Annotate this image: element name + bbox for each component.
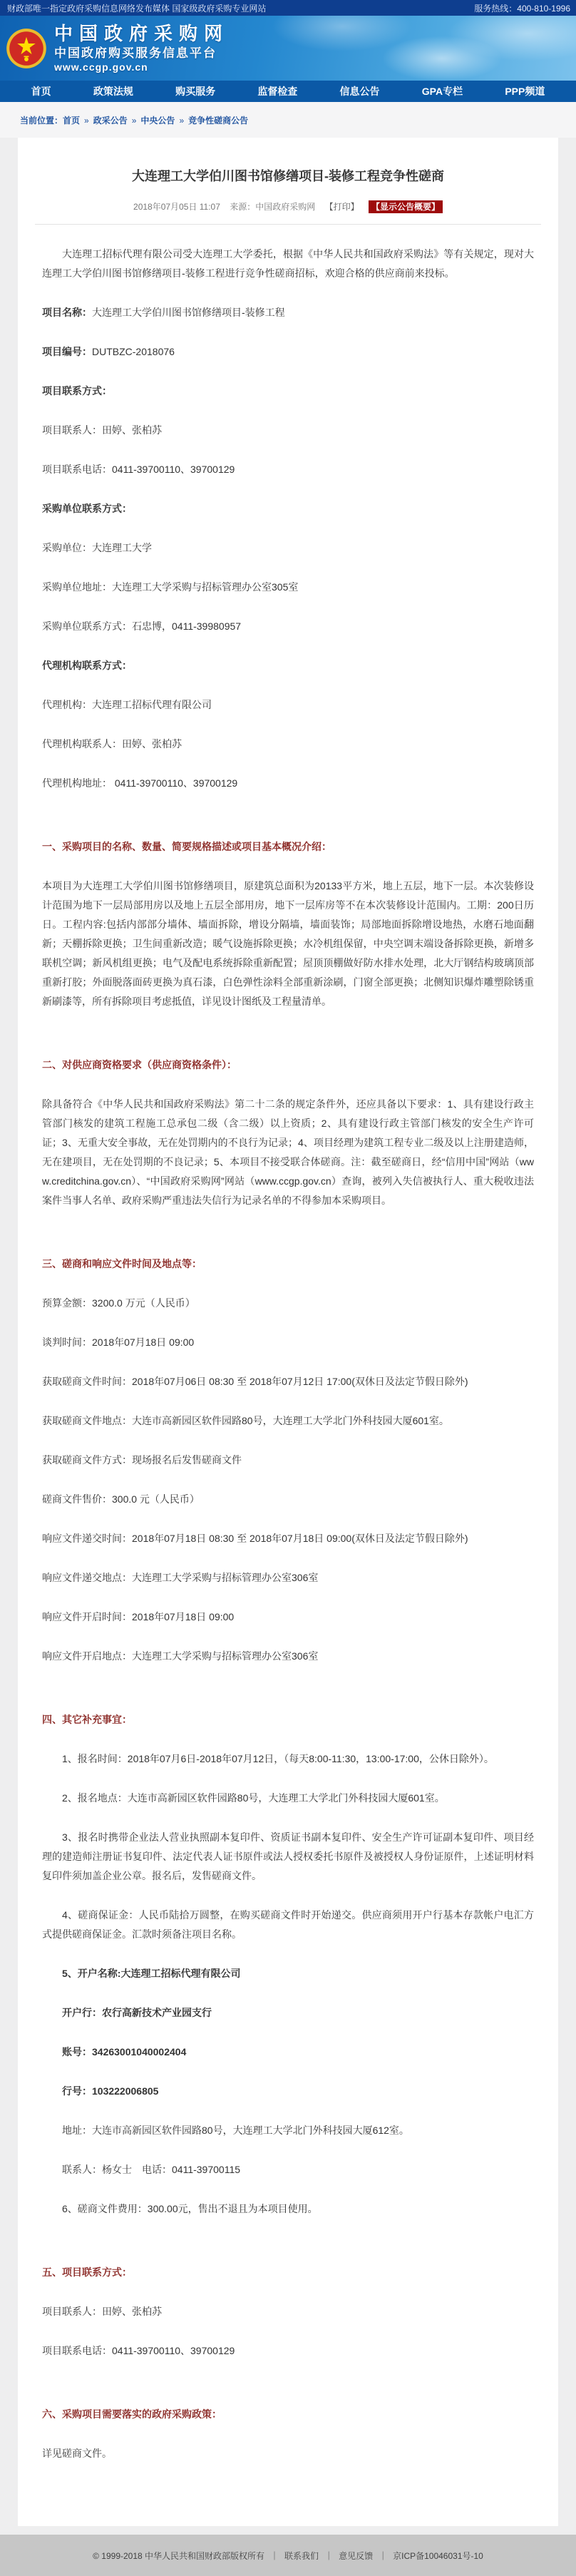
paragraph: 响应文件递交地点：大连理工大学采购与招标管理办公室306室 — [42, 1568, 534, 1588]
paragraph: 采购单位：大连理工大学 — [42, 538, 534, 558]
footer-copyright: © 1999-2018 中华人民共和国财政部版权所有 — [93, 2550, 264, 2562]
paragraph: 项目名称：大连理工大学伯川图书馆修缮项目-装修工程 — [42, 303, 534, 322]
page-gap — [0, 2526, 576, 2535]
section-heading: 一、采购项目的名称、数量、简要规格描述或项目基本概况介绍： — [42, 837, 534, 857]
breadcrumb-items: 首页»政采公告»中央公告»竞争性磋商公告 — [63, 114, 248, 126]
nav-item-0[interactable]: 首页 — [31, 84, 51, 98]
paragraph: 获取磋商文件地点：大连市高新园区软件园路80号，大连理工大学北门外科技园大厦60… — [42, 1411, 534, 1431]
breadcrumb: 当前位置： 首页»政采公告»中央公告»竞争性磋商公告 — [0, 102, 576, 138]
paragraph: 响应文件开启时间：2018年07月18日 09:00 — [42, 1608, 534, 1627]
paragraph: 项目联系方式： — [42, 382, 534, 401]
breadcrumb-separator: » — [179, 116, 184, 126]
section-heading: 四、其它补充事宜： — [42, 1710, 534, 1729]
publish-datetime: 2018年07月05日 11:07 — [133, 202, 220, 212]
article-body: 大连理工招标代理有限公司受大连理工大学委托，根据《中华人民共和国政府采购法》等有… — [42, 245, 534, 2463]
paragraph: 大连理工招标代理有限公司受大连理工大学委托，根据《中华人民共和国政府采购法》等有… — [42, 245, 534, 283]
footer-separator: ｜ — [270, 2550, 279, 2562]
paragraph: 采购单位联系方式：石忠博，0411-39980957 — [42, 617, 534, 636]
paragraph: 2、报名地点：大连市高新园区软件园路80号，大连理工大学北门外科技园大厦601室… — [42, 1789, 534, 1808]
nav-item-4[interactable]: 信息公告 — [340, 84, 380, 98]
site-subtitle: 中国政府购买服务信息平台 — [54, 46, 229, 61]
national-emblem-icon — [6, 28, 47, 69]
nav-item-2[interactable]: 购买服务 — [175, 84, 215, 98]
paragraph: 地址：大连市高新园区软件园路80号，大连理工大学北门外科技园大厦612室。 — [42, 2121, 534, 2140]
breadcrumb-item-0[interactable]: 首页 — [63, 116, 80, 126]
paragraph: 响应文件开启地点：大连理工大学采购与招标管理办公室306室 — [42, 1647, 534, 1666]
paragraph: 项目联系人：田婷、张柏苏 — [42, 2302, 534, 2321]
paragraph: 行号：103222006805 — [42, 2082, 534, 2101]
top-info-bar: 财政部唯一指定政府采购信息网络发布媒体 国家级政府采购专业网站 服务热线：400… — [0, 0, 576, 16]
paragraph: 本项目为大连理工大学伯川图书馆修缮项目，原建筑总面积为20133平方米，地上五层… — [42, 876, 534, 1011]
print-button[interactable]: 【打印】 — [325, 202, 359, 212]
service-hotline: 服务热线：400-810-1996 — [474, 2, 570, 14]
nav-item-5[interactable]: GPA专栏 — [422, 84, 463, 98]
site-name: 中国政府采购网 — [54, 24, 229, 45]
paragraph: 详见磋商文件。 — [42, 2444, 534, 2463]
site-header: 中国政府采购网 中国政府购买服务信息平台 www.ccgp.gov.cn — [0, 16, 576, 81]
section-heading: 二、对供应商资格要求（供应商资格条件）： — [42, 1056, 534, 1075]
main-nav: 首页政策法规购买服务监督检查信息公告GPA专栏PPP频道 — [0, 81, 576, 102]
nav-item-6[interactable]: PPP频道 — [505, 84, 545, 98]
paragraph: 获取磋商文件方式：现场报名后发售磋商文件 — [42, 1451, 534, 1470]
paragraph: 代理机构联系方式： — [42, 656, 534, 675]
paragraph: 1、报名时间：2018年07月6日-2018年07月12日，（每天8:00-11… — [42, 1749, 534, 1769]
paragraph: 预算金额：3200.0 万元（人民币） — [42, 1294, 534, 1313]
paragraph: 4、磋商保证金：人民币陆拾万圆整，在购买磋商文件时开始递交。供应商须用开户行基本… — [42, 1906, 534, 1944]
nav-item-3[interactable]: 监督检查 — [257, 84, 297, 98]
meta-divider — [35, 224, 541, 225]
announcement-card: 大连理工大学伯川图书馆修缮项目-装修工程竞争性磋商 2018年07月05日 11… — [18, 138, 558, 2526]
paragraph: 除具备符合《中华人民共和国政府采购法》第二十二条的规定条件外，还应具备以下要求：… — [42, 1095, 534, 1210]
section-heading: 三、磋商和响应文件时间及地点等： — [42, 1254, 534, 1274]
paragraph: 获取磋商文件时间：2018年07月06日 08:30 至 2018年07月12日… — [42, 1372, 534, 1391]
footer-icp: 京ICP备10046031号-10 — [393, 2550, 483, 2562]
page-title: 大连理工大学伯川图书馆修缮项目-装修工程竞争性磋商 — [42, 166, 534, 185]
paragraph: 项目编号：DUTBZC-2018076 — [42, 342, 534, 362]
article-meta: 2018年07月05日 11:07 来源：中国政府采购网 【打印】 【显示公告概… — [42, 200, 534, 213]
paragraph: 联系人：杨女士 电话：0411-39700115 — [42, 2160, 534, 2179]
paragraph: 账号：34263001040002404 — [42, 2043, 534, 2062]
paragraph: 响应文件递交时间：2018年07月18日 08:30 至 2018年07月18日… — [42, 1529, 534, 1548]
footer-feedback-link[interactable]: 意见反馈 — [339, 2550, 373, 2562]
section-heading: 六、采购项目需要落实的政府采购政策： — [42, 2405, 534, 2424]
nav-item-1[interactable]: 政策法规 — [93, 84, 133, 98]
paragraph: 代理机构地址： 0411-39700110、39700129 — [42, 774, 534, 793]
paragraph: 磋商文件售价：300.0 元（人民币） — [42, 1490, 534, 1509]
page-footer: © 1999-2018 中华人民共和国财政部版权所有 ｜ 联系我们 ｜ 意见反馈… — [0, 2535, 576, 2576]
site-url: www.ccgp.gov.cn — [54, 61, 229, 73]
article-source: 来源：中国政府采购网 — [230, 202, 315, 212]
paragraph: 项目联系电话：0411-39700110、39700129 — [42, 2341, 534, 2361]
breadcrumb-label: 当前位置： — [20, 114, 63, 126]
breadcrumb-item-3[interactable]: 竞争性磋商公告 — [188, 116, 248, 126]
paragraph: 开户行：农行高新技术产业园支行 — [42, 2003, 534, 2023]
paragraph: 3、报名时携带企业法人营业执照副本复印件、资质证书副本复印件、安全生产许可证副本… — [42, 1828, 534, 1886]
breadcrumb-item-2[interactable]: 中央公告 — [140, 116, 175, 126]
paragraph: 代理机构：大连理工招标代理有限公司 — [42, 695, 534, 715]
footer-separator: ｜ — [324, 2550, 333, 2562]
breadcrumb-separator: » — [132, 116, 137, 126]
topbar-slogan: 财政部唯一指定政府采购信息网络发布媒体 国家级政府采购专业网站 — [7, 2, 266, 14]
paragraph: 项目联系人：田婷、张柏苏 — [42, 421, 534, 440]
site-title-block: 中国政府采购网 中国政府购买服务信息平台 www.ccgp.gov.cn — [54, 24, 229, 73]
paragraph: 5、开户名称:大连理工招标代理有限公司 — [42, 1964, 534, 1983]
footer-contact-link[interactable]: 联系我们 — [284, 2550, 319, 2562]
footer-separator: ｜ — [379, 2550, 387, 2562]
breadcrumb-separator: » — [84, 116, 89, 126]
paragraph: 谈判时间：2018年07月18日 09:00 — [42, 1333, 534, 1352]
breadcrumb-item-1[interactable]: 政采公告 — [93, 116, 128, 126]
paragraph: 采购单位地址：大连理工大学采购与招标管理办公室305室 — [42, 578, 534, 597]
paragraph: 代理机构联系人：田婷、张柏苏 — [42, 735, 534, 754]
section-heading: 五、项目联系方式： — [42, 2263, 534, 2282]
paragraph: 6、磋商文件费用：300.00元，售出不退且为本项目使用。 — [42, 2199, 534, 2219]
paragraph: 采购单位联系方式： — [42, 499, 534, 518]
show-summary-button[interactable]: 【显示公告概要】 — [369, 200, 443, 213]
paragraph: 项目联系电话：0411-39700110、39700129 — [42, 460, 534, 479]
